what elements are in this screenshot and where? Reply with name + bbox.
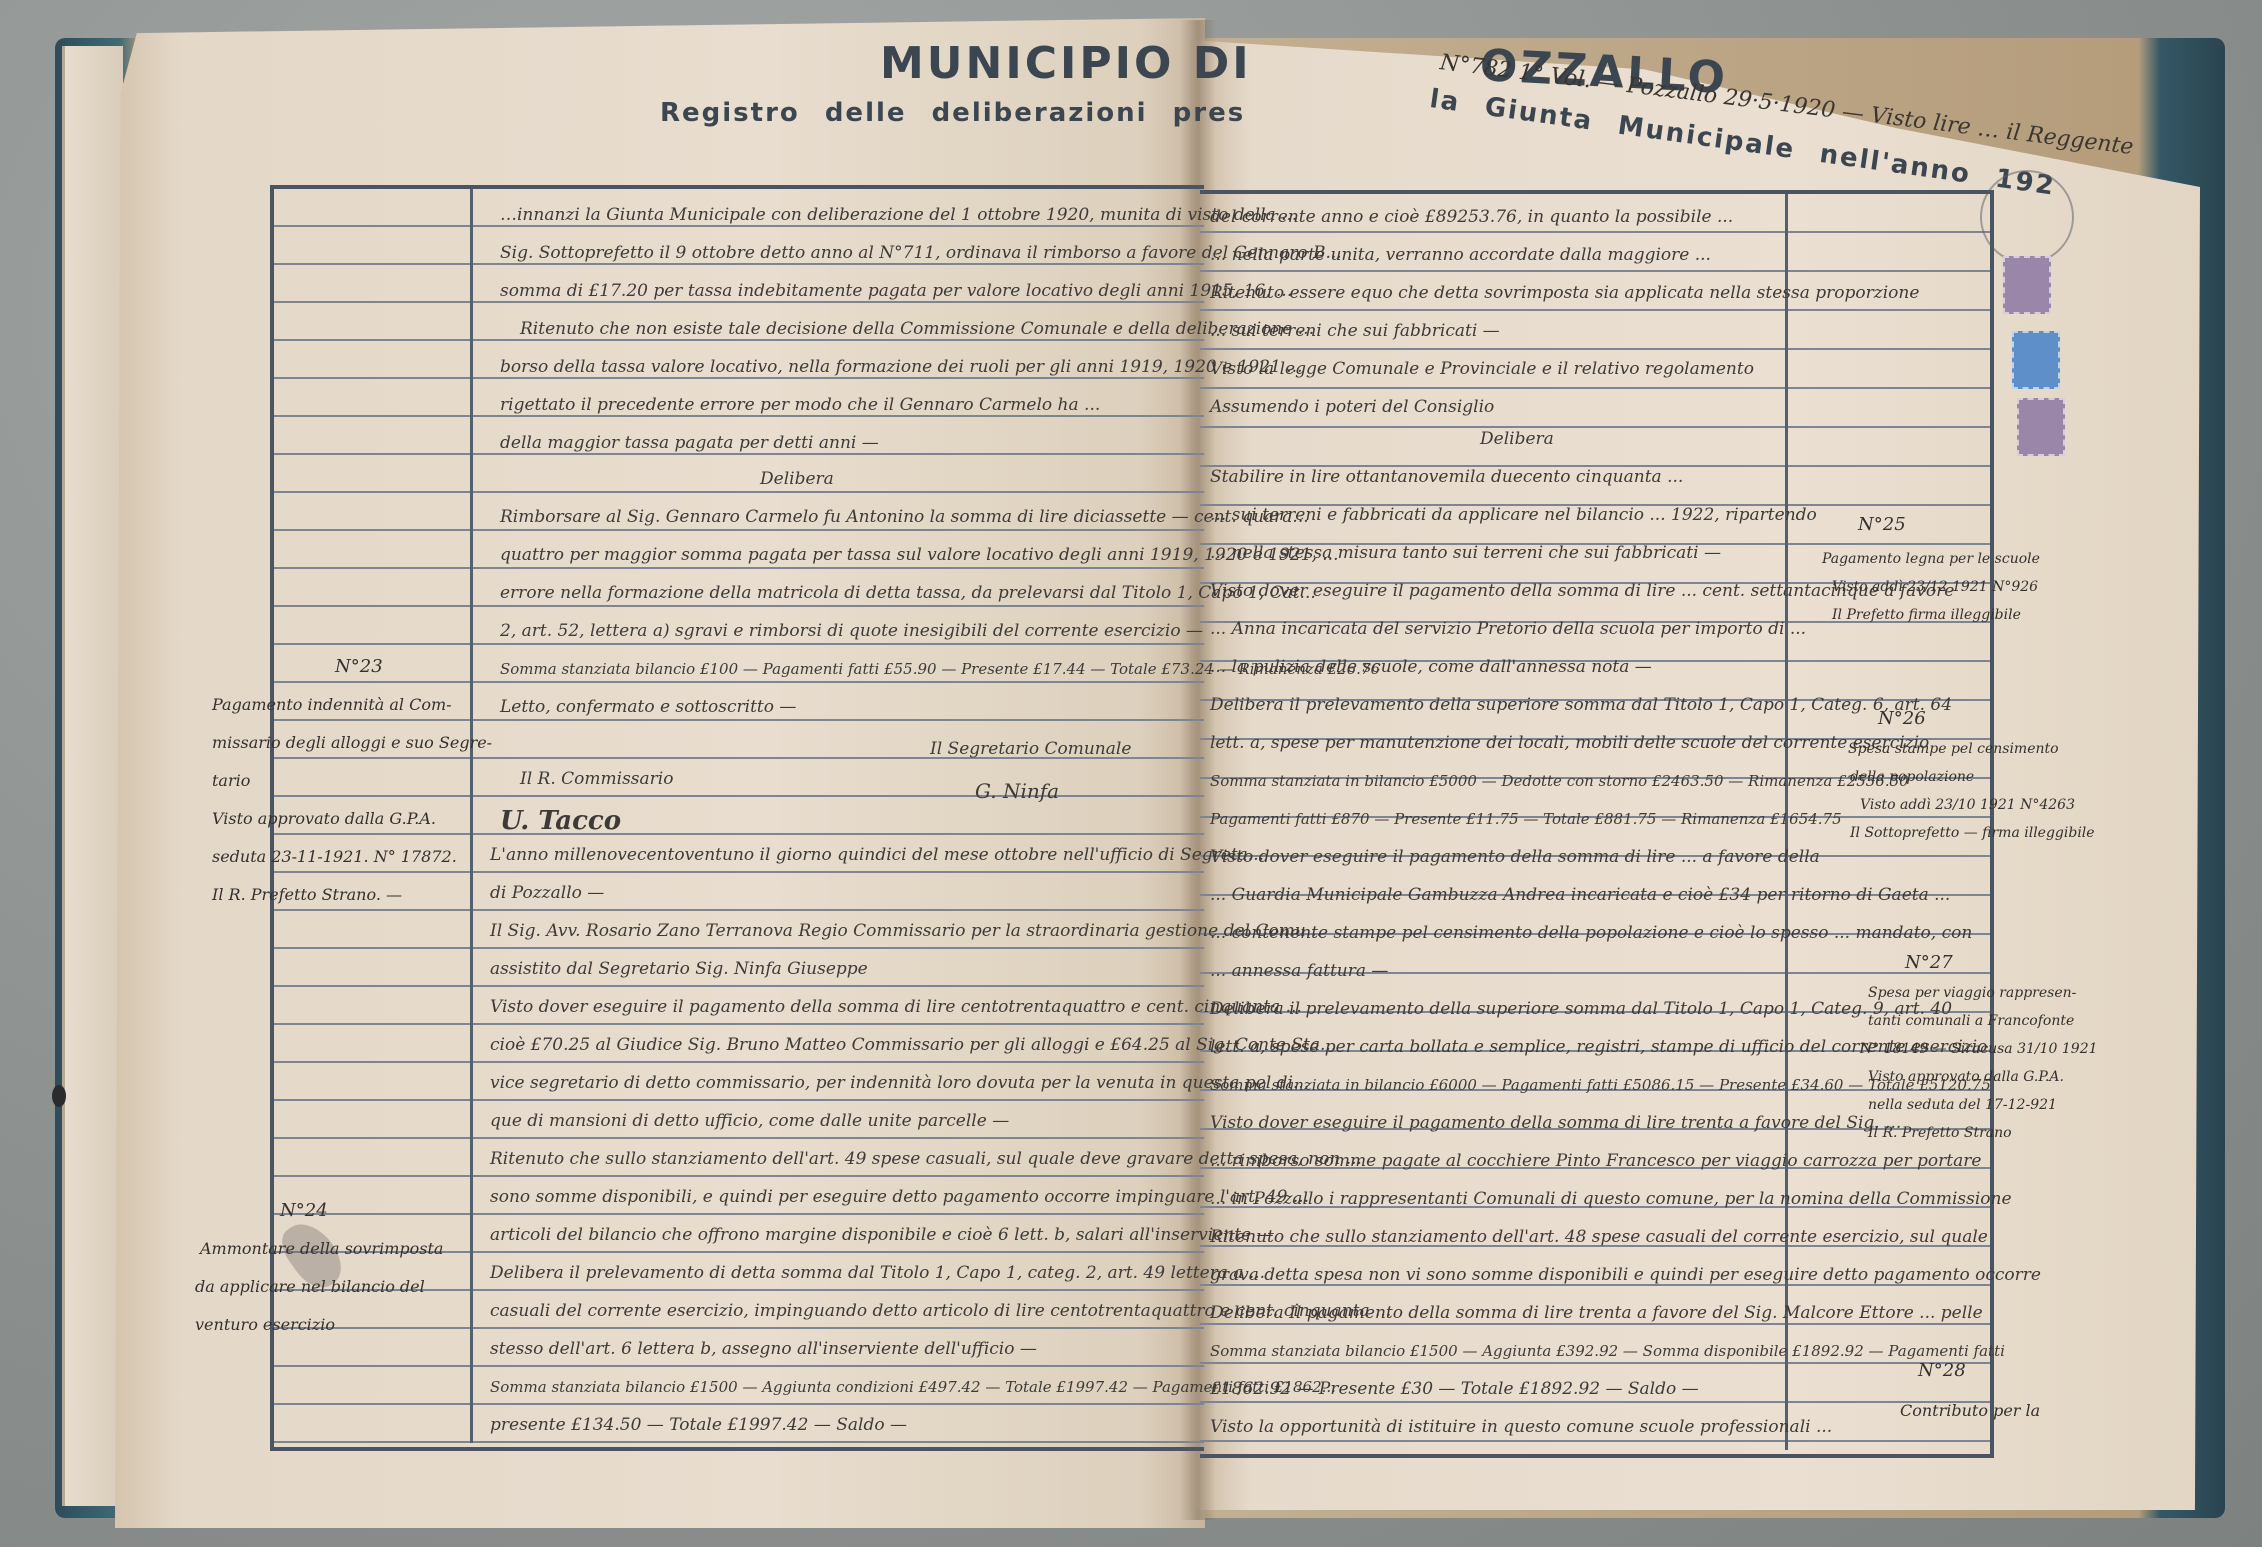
revenue-stamp-1 (2003, 256, 2051, 314)
text-line: ... nella stessa misura tanto sui terren… (1210, 534, 1721, 572)
margin-text: Ammontare della sovrimposta (200, 1230, 443, 1268)
text-line: Visto la legge Comunale e Provinciale e … (1210, 350, 1754, 388)
text-line: Visto dover eseguire il pagamento della … (490, 988, 1302, 1026)
ink-blot (52, 1085, 66, 1107)
text-line: Rimborsare al Sig. Gennaro Carmelo fu An… (500, 498, 1309, 536)
entry-number: N°28 (1918, 1352, 1966, 1390)
postmark-stamp (1980, 170, 2074, 264)
text-line: grava detta spesa non vi sono somme disp… (1210, 1256, 2041, 1294)
delibera-heading: Delibera (760, 460, 834, 498)
text-line: Stabilire in lire ottantanovemila duecen… (1210, 458, 1683, 496)
margin-text: Il R. Prefetto Strano. — (212, 876, 402, 914)
text-line: sono somme disponibili, e quindi per ese… (490, 1178, 1309, 1216)
text-line: que di mansioni di detto ufficio, come d… (490, 1102, 1009, 1140)
margin-text: missario degli alloggi e suo Segre- (212, 724, 492, 762)
header-subtitle-left: Registro delle deliberazioni pres (660, 98, 1245, 128)
text-line: Delibera il prelevamento della superiore… (1210, 990, 1952, 1028)
left-margin-column-rule (470, 189, 473, 1443)
margin-text: Il R. Prefetto Strano (1868, 1114, 2012, 1152)
text-line: Delibera Il pagamento della somma di lir… (1210, 1294, 1983, 1332)
text-line: Visto dover eseguire il pagamento della … (1210, 1104, 1901, 1142)
text-line: …innanzi la Giunta Municipale con delibe… (500, 196, 1297, 234)
text-line: ... in Pozzallo i rappresentanti Comunal… (1210, 1180, 2012, 1218)
margin-text: Contributo per la (1900, 1392, 2040, 1430)
text-line: ... sui terreni che sui fabbricati — (1210, 312, 1500, 350)
text-line: borso della tassa valore locativo, nella… (500, 348, 1303, 386)
delibera-heading: Delibera (1480, 420, 1554, 458)
page-block-edge (62, 46, 123, 1506)
text-line: £1862.92 — Presente £30 — Totale £1892.9… (1210, 1370, 1699, 1408)
text-line: presente £134.50 — Totale £1997.42 — Sal… (490, 1406, 907, 1444)
margin-text: seduta 23-11-1921. N° 17872. (212, 838, 457, 876)
text-line: ... rimborso somme pagate al cocchiere P… (1210, 1142, 1981, 1180)
text-line: Visto la opportunità di istituire in que… (1210, 1408, 1832, 1446)
text-line: Ritenuto che non esiste tale decisione d… (520, 310, 1314, 348)
text-line: Somma stanziata bilancio £1500 — Aggiunt… (1210, 1332, 2005, 1370)
text-line: del corrente anno e cioè £89253.76, in q… (1210, 198, 1733, 236)
text-line: lett. a, spese per manutenzione dei loca… (1210, 724, 1929, 762)
text-line: ... Guardia Municipale Gambuzza Andrea i… (1210, 876, 1950, 914)
text-line: Delibera il prelevamento della superiore… (1210, 686, 1952, 724)
text-line: stesso dell'art. 6 lettera b, assegno al… (490, 1330, 1037, 1368)
text-line: della maggior tassa pagata per detti ann… (500, 424, 879, 462)
revenue-stamp-3 (2017, 398, 2065, 456)
signature-label: Il R. Commissario (520, 760, 673, 798)
text-line: Delibera il prelevamento di detta somma … (490, 1254, 1265, 1292)
signature-label: Il Segretario Comunale (930, 730, 1131, 768)
signature: U. Tacco (500, 802, 621, 840)
text-line: Visto dover eseguire il pagamento della … (1210, 838, 1820, 876)
entry-number: N°24 (280, 1192, 328, 1230)
text-line: somma di £17.20 per tassa indebitamente … (500, 272, 1292, 310)
entry-number: N°25 (1858, 506, 1906, 544)
text-line: articoli del bilancio che offrono margin… (490, 1216, 1274, 1254)
margin-text: Il Sottoprefetto — firma illeggibile (1850, 814, 2095, 852)
header-title-left: MUNICIPIO DI (880, 38, 1252, 89)
text-line: ... la pulizia delle scuole, come dall'a… (1210, 648, 1652, 686)
text-line: Ritenuto essere equo che detta sovrimpos… (1210, 274, 1919, 312)
margin-text: Pagamento indennità al Com- (212, 686, 452, 724)
margin-text: Visto approvato dalla G.P.A. (212, 800, 436, 838)
text-line: Assumendo i poteri del Consiglio (1210, 388, 1494, 426)
text-line: Ritenuto che sullo stanziamento dell'art… (1210, 1218, 1988, 1256)
text-line: Letto, confermato e sottoscritto — (500, 688, 796, 726)
text-line: ... nella parte unita, verranno accordat… (1210, 236, 1711, 274)
text-line: ... sui terreni e fabbricati da applicar… (1210, 496, 1817, 534)
margin-text: tario (212, 762, 250, 800)
text-line: di Pozzallo — (490, 874, 604, 912)
revenue-stamp-2 (2012, 331, 2060, 389)
text-line: errore nella formazione della matricola … (500, 574, 1316, 612)
margin-text: venturo esercizio (195, 1306, 335, 1344)
text-line: Somma stanziata in bilancio £5000 — Dedo… (1210, 762, 1909, 800)
text-line: ... contenente stampe pel censimento del… (1210, 914, 1972, 952)
text-line: ... Anna incaricata del servizio Pretori… (1210, 610, 1806, 648)
entry-number: N°23 (335, 648, 383, 686)
text-line: rigettato il precedente errore per modo … (500, 386, 1100, 424)
text-line: Pagamenti fatti £870 — Presente £11.75 —… (1210, 800, 1842, 838)
text-line: ... annessa fattura — (1210, 952, 1388, 990)
margin-text: da applicare nel bilancio del (195, 1268, 425, 1306)
signature: G. Ninfa (975, 772, 1059, 810)
text-line: Il Sig. Avv. Rosario Zano Terranova Regi… (490, 912, 1322, 950)
text-line: 2, art. 52, lettera a) sgravi e rimborsi… (500, 612, 1203, 650)
margin-text: Il Prefetto firma illeggibile (1832, 596, 2021, 634)
text-line: L'anno millenovecentoventuno il giorno q… (490, 836, 1264, 874)
text-line: vice segretario di detto commissario, pe… (490, 1064, 1309, 1102)
text-line: assistito dal Segretario Sig. Ninfa Gius… (490, 950, 868, 988)
